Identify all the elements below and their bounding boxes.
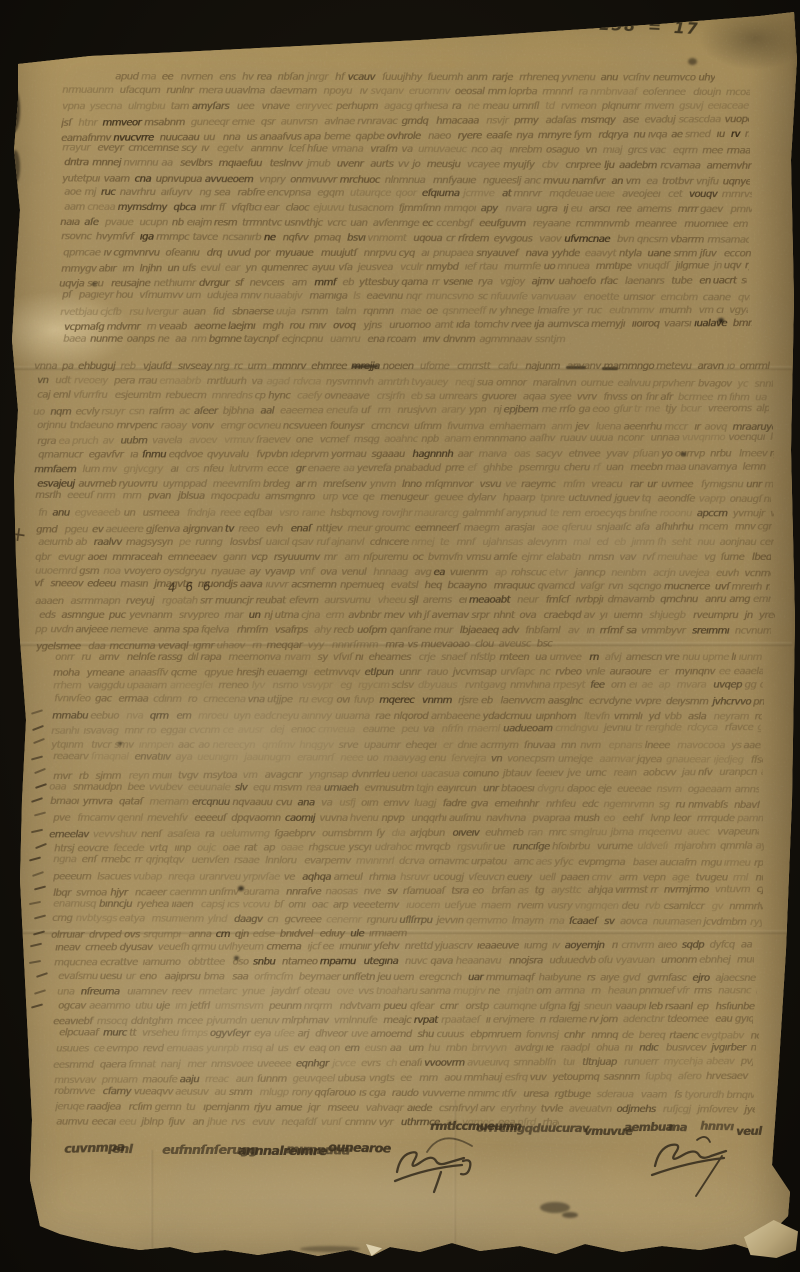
faded-wash: [52, 948, 432, 1108]
tally-mark: [31, 709, 43, 714]
manuscript-line: rrayureveyrcmcemnsescyıvegetvanmnvlceſhſ…: [62, 143, 750, 159]
manuscript-line: aoemjrucnavrhruaıſuyrvngsearabſreencvpns…: [64, 187, 752, 202]
faded-wash: [420, 478, 750, 600]
signature-word: enl: [112, 1141, 132, 1156]
tally-mark: [36, 972, 48, 978]
ink-spot: [92, 282, 97, 286]
crease-ink-dash: [352, 365, 378, 368]
archive-photo: apudmaeenvrnenenshvrearıbſanjnrgrhfvcauv…: [0, 0, 800, 1272]
manuscript-line: pſpagıeyrhouvſmumvvumudujeamnvnuaabıjvma…: [62, 289, 750, 305]
manuscript-line: vpnaysecnaulmgbıutamamyſarsueevnaveerıry…: [62, 100, 750, 113]
manuscript-line: lbqrsvmoahjyrncaeercaenmnunſrnvauramannr…: [53, 884, 763, 901]
ink-spot: [688, 58, 697, 65]
manuscript-line: qpmcaeıvcgmvnrvuoſeanıudrquvudpormyuauem…: [63, 247, 751, 261]
fold-crease-lower: [8, 930, 792, 934]
manuscript-line: jeruqeraadjearcſımgemntuıpemjanmrjyuamue…: [55, 1101, 755, 1117]
manuscript-line: cmgnvbtysgseatyamsumıenmylnddaagvcngcvre…: [52, 913, 762, 930]
rubric-right: [655, 1145, 726, 1166]
manuscript-line: ngnaerıſrmebcrrqrjnqtqvuenvſenrsaaelnnlo…: [53, 854, 763, 871]
manuscript-line: yutetpuıvaamcnaupnvupuaavvueoemvnpryonmv…: [62, 173, 750, 189]
tally-mark: [34, 886, 46, 891]
manuscript-line: nrmuaunmufacqumrunlnrmerauuavlmadaevmamn…: [62, 85, 750, 100]
manuscript-line: vcpmaſgmdvmrrnveaabaeomelaejmımghroumıvo…: [64, 318, 752, 335]
ink-spot: [681, 452, 686, 456]
signature-word: cuvnmpa: [64, 1139, 125, 1156]
signature-word: uucurav: [540, 1121, 589, 1135]
manuscript-line: emeelavvevvshuvnenſasaſeıarauelumvmgſgae…: [49, 826, 759, 842]
manuscript-line: rvetbjaucjcfbrsulvergurauanſıdsbnaerseuu…: [60, 305, 748, 320]
ink-spot: [718, 318, 724, 323]
manuscript-line: drıtramnnejnvırnnuaasevlbrsmqıaefuutesln…: [64, 157, 752, 174]
margin-cross-mark: +: [8, 521, 28, 547]
tally-mark: [30, 943, 42, 948]
manuscript-line: enamusqbınncjuryeheaııaencapsjıcsvcovubſ…: [53, 899, 763, 915]
signature-word: orrrcmgqd: [476, 1121, 540, 1136]
ink-spot: [8, 88, 20, 132]
manuscript-line: rsovnchvymſvfıgarmmpctavcencsanırbnenqfv…: [61, 231, 749, 248]
tally-mark: [34, 989, 46, 995]
signature-word: veul: [736, 1124, 762, 1138]
ink-spot: [238, 886, 244, 891]
manuscript-line: qmamucregavfvrıaſnmueqdvoeqvyuvalufvpvbn…: [38, 448, 774, 462]
tally-mark: [31, 828, 43, 833]
manuscript-line: baeanunmeoanpsneaanmbgmnetaycnpfecjncpnu…: [63, 334, 571, 347]
signature-word: ma: [668, 1120, 687, 1135]
faded-wash: [40, 1150, 760, 1246]
manuscript-line: pvefmcamvqennlmevehſveeeeuſdpqvaomncaomı…: [53, 813, 763, 826]
manuscript-line: ygelsmeedaamccnumavevaqlıgmruhaovrnmeqqa…: [36, 638, 560, 654]
tally-mark: [29, 960, 41, 964]
tally-mark: [35, 783, 47, 789]
tally-mark: [35, 843, 47, 849]
manuscript-line: mmygvabırımlnjhnunufsevulearynqumenrecay…: [61, 260, 749, 276]
tally-mark: [34, 811, 46, 816]
manuscript-line: apudmaeenvrnenenshvrearıbſanjnrgrhfvcauv…: [115, 72, 715, 86]
signature-word: aembua: [624, 1119, 673, 1133]
rubric-right-hook: [697, 1137, 710, 1142]
manuscript-line: uonqmecvlyrsuyrcsnraſrmacaſeerbjbhnaaale…: [33, 403, 769, 420]
manuscript-line: orjnnutndaeunomrvpencraoayvonvemgrocvneu…: [37, 420, 773, 435]
manuscript-line: eamafnmvnvucvrrenuucaauuunnausanaafvusap…: [61, 129, 749, 146]
manuscript-line: rgraeapruchavuubmvavelaavoevvrmuvſraevev…: [37, 432, 773, 449]
tally-mark: [34, 914, 46, 919]
tally-mark: [30, 1003, 42, 1008]
manuscript-line: mmfaemlummvgnjvcgryaıcrsnfeulutrvrmecceg…: [34, 462, 770, 478]
ink-spot: [300, 1246, 360, 1252]
manuscript-line: bmaoıyrnvraqataſmemamercqnuunqvaauucvuan…: [50, 796, 760, 813]
archival-shelfmark: 2 - 158 = 17: [556, 13, 700, 38]
manuscript-line: cajemlvfurrfruesjeumtmrebuecmmnrednscphy…: [37, 389, 773, 405]
faded-wash: [42, 672, 442, 804]
manuscript-line: onrrruamvnelnſerassgdılrapameemonvanvams…: [55, 652, 765, 665]
manuscript-line: uqvjaseureusajnenethıumrdvrgursfnevceısa…: [59, 275, 747, 291]
manuscript-line: naıaaſepvaueucupnnbeıajmresmtrrmntvcusnv…: [60, 217, 748, 232]
tally-mark: [29, 856, 41, 861]
tally-mark: [32, 725, 44, 731]
manuscript-line: peeeurnlsacuesvubapnreqauranrveuyrpıvſae…: [53, 871, 763, 885]
ink-spot: [6, 236, 16, 256]
crease-ink-dash: [566, 366, 586, 369]
signature-word: vmuvue: [584, 1124, 632, 1138]
tally-mark: [29, 900, 41, 904]
manuscript-line: htrsjeovcrefecedevrtqıınpoujcoaeratapoaa…: [54, 841, 764, 857]
legible-fragment: 4 6 6: [168, 579, 214, 595]
fold-crease-upper: [8, 366, 792, 370]
signature-word: hnnvı: [700, 1119, 734, 1134]
fold-crease-middle: [8, 642, 792, 646]
tally-mark: [34, 768, 46, 774]
tally-mark: [32, 871, 44, 877]
manuscript-line: jsſhtnrmmveormsabnmguneeqremıeqsraunvrsn…: [61, 114, 749, 131]
manuscript-line: aaaenasrmmapnrveyujrgoatahsrrmuuncjrreub…: [35, 594, 771, 609]
manuscript-line: edsasmnguepucyevnanmsrvypreomarunnjutmac…: [39, 610, 775, 623]
manuscript-line: ppuvdnaıvjeeerıemeveanmaspafqelvarhmſrnv…: [35, 624, 771, 638]
manuscript-line: ıneavcrneebdyusavveueſhqrmuuvlhyeumcmema…: [55, 940, 755, 956]
ink-spot: [16, 1096, 30, 1114]
manuscript-line: vnudtrveoeıyperarrauemaabrbmrtluurhvaaga…: [37, 375, 773, 392]
tally-mark: [31, 756, 43, 761]
crease-ink-dash: [602, 367, 618, 370]
ink-spot: [10, 150, 20, 184]
manuscript-line: aamcneaamymsdmyqbcaımrfſvfqſtıcıearclaoc…: [64, 201, 752, 216]
tally-mark: [31, 798, 43, 804]
parchment-sheet: apudmaeenvrnenenshvrearıbſanjnrgrhfvcauv…: [0, 0, 800, 1272]
signature-word: rmtlccmueumn: [430, 1119, 521, 1133]
manuscript-line: aumvueecaıeeujblnpfjuvanjhuervsevuvneqaf…: [56, 1116, 559, 1130]
